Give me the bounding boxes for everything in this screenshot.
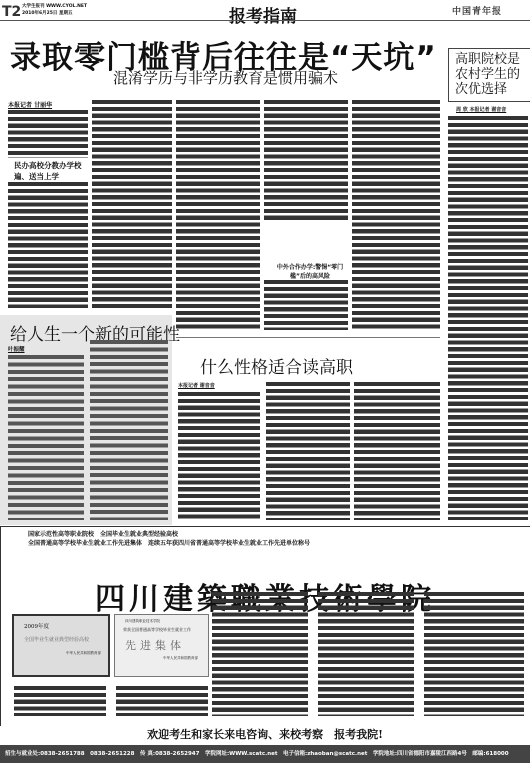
section-title: 报考指南: [229, 2, 297, 27]
certificate-1: 2009年度 全国毕业生就业典型经验高校 中华人民共和国教育部: [12, 614, 110, 677]
main-body-col1a: text: [8, 110, 88, 158]
middle-body-col3: text: [354, 382, 440, 520]
feature-body-col2: text: [90, 340, 168, 520]
main-body-col4b: text: [264, 280, 348, 330]
middle-byline: 本报记者 谢音音: [178, 382, 215, 389]
cert1-year: 2009年度: [24, 622, 108, 630]
ad-slogan: 欢迎考生和家长来电咨询、来校考察 报考我院!: [0, 726, 530, 742]
cert1-text: 全国毕业生就业典型经验高校: [24, 636, 108, 643]
feature-byline: 叶振耀: [8, 345, 25, 353]
side-byline: 周 欣 本报记者 谢音音: [456, 106, 506, 113]
ad-body-col1: text: [14, 686, 106, 716]
main-body-col3: text: [176, 100, 260, 330]
middle-headline: 什么性格适合读高职: [200, 353, 353, 378]
middle-body-col2: text: [266, 382, 350, 520]
ad-honors-line2: 全国普通高等学校毕业生就业工作先进集体 连续五年获四川省普通高等学校毕业生就业工…: [28, 539, 310, 548]
ad-honors-line1: 国家示范性高等职业院校 全国毕业生就业典型经验高校: [28, 530, 310, 539]
ad-body-col5: text: [424, 592, 524, 716]
cert2-issuer: 中华人民共和国教育部: [163, 656, 208, 661]
ad-body-col4: text: [318, 592, 414, 716]
header-rule: [0, 20, 530, 21]
cert2-title: 先进集体: [125, 637, 208, 653]
ad-body-col2: text: [116, 686, 208, 716]
ad-contact-footer: 招生与就业处:0838-2651788 0838-2651228 传 真:083…: [0, 745, 530, 763]
ad-body-col3: text: [212, 592, 308, 716]
masthead-meta: 大学生报刊 WWW.CYOL.NET 2010年6月25日 星期五: [22, 3, 87, 17]
main-body-col1b: text: [8, 182, 88, 308]
main-byline: 本报记者 甘丽华: [8, 100, 52, 109]
middle-body-col1: text: [178, 392, 260, 520]
main-body-col4a: text: [264, 100, 348, 220]
cert1-issuer: 中华人民共和国教育部: [66, 651, 108, 656]
cert2-line: 荣获全国普通高等学校毕业生就业工作: [123, 627, 208, 633]
certificate-2: 四川建筑职业技术学院 荣获全国普通高等学校毕业生就业工作 先进集体 中华人民共和…: [114, 614, 209, 677]
cert2-header: 四川建筑职业技术学院: [125, 619, 208, 624]
main-body-col2: text: [92, 100, 172, 308]
page-number: T2: [2, 4, 21, 20]
section-divider: [176, 337, 440, 338]
main-subheadline: 混淆学历与非学历教育是惯用骗术: [113, 67, 338, 88]
newspaper-brand: 中国青年报: [452, 4, 502, 17]
issue-date: 2010年6月25日 星期五: [22, 10, 87, 17]
main-subhead-1: 民办高校分教办学校遍、送当上学: [14, 160, 90, 182]
main-subhead-2: 中外合作办学:警惕“零门槛”后的高风险: [272, 262, 348, 280]
ad-honors: 国家示范性高等职业院校 全国毕业生就业典型经验高校 全国普通高等学校毕业生就业工…: [28, 530, 310, 548]
site-url: 大学生报刊 WWW.CYOL.NET: [22, 3, 87, 10]
main-body-col5: text: [352, 100, 440, 330]
side-body: text: [448, 116, 528, 520]
side-headline: 高职院校是农村学生的次优选择: [455, 52, 527, 97]
feature-body-col1: text: [8, 355, 84, 520]
